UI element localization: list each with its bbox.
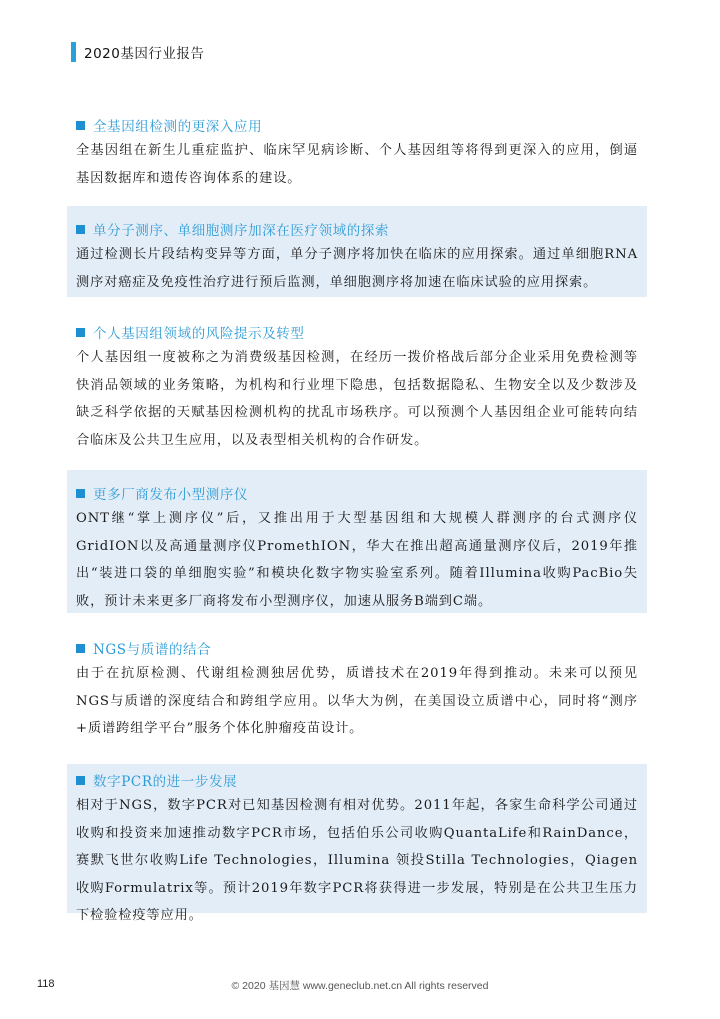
section-paragraph: ONT继“掌上测序仪”后，又推出用于大型基因组和大规模人群测序的台式测序仪Gri… <box>76 505 638 615</box>
copyright-notice: © 2020 基因慧 www.geneclub.net.cn All right… <box>0 978 720 993</box>
square-bullet-icon <box>76 121 85 130</box>
report-title: 2020基因行业报告 <box>84 42 204 62</box>
section-heading: 更多厂商发布小型测序仪 <box>76 483 638 503</box>
section-heading: 数字PCR的进一步发展 <box>76 770 638 790</box>
section-paragraph: 全基因组在新生儿重症监护、临床罕见病诊断、个人基因组等将得到更深入的应用，倒逼基… <box>76 137 638 192</box>
section-title: 全基因组检测的更深入应用 <box>93 115 262 135</box>
section-title: 单分子测序、单细胞测序加深在医疗领域的探索 <box>93 219 389 239</box>
section-paragraph: 相对于NGS，数字PCR对已知基因检测有相对优势。2011年起，各家生命科学公司… <box>76 792 638 930</box>
section-body: ONT继“掌上测序仪”后，又推出用于大型基因组和大规模人群测序的台式测序仪Gri… <box>76 505 638 615</box>
section-whole-genome: 全基因组检测的更深入应用 全基因组在新生儿重症监护、临床罕见病诊断、个人基因组等… <box>67 115 647 192</box>
section-body: 全基因组在新生儿重症监护、临床罕见病诊断、个人基因组等将得到更深入的应用，倒逼基… <box>76 137 638 192</box>
section-body: 由于在抗原检测、代谢组检测独居优势，质谱技术在2019年得到推动。未来可以预见N… <box>76 660 638 743</box>
section-title: 个人基因组领域的风险提示及转型 <box>93 322 305 342</box>
section-heading: 全基因组检测的更深入应用 <box>76 115 638 135</box>
section-title: 数字PCR的进一步发展 <box>93 770 237 790</box>
section-single-molecule: 单分子测序、单细胞测序加深在医疗领域的探索 通过检测长片段结构变异等方面，单分子… <box>67 206 647 297</box>
square-bullet-icon <box>76 489 85 498</box>
section-body: 通过检测长片段结构变异等方面，单分子测序将加快在临床的应用探索。通过单细胞RNA… <box>76 241 638 296</box>
section-small-sequencers: 更多厂商发布小型测序仪 ONT继“掌上测序仪”后，又推出用于大型基因组和大规模人… <box>67 470 647 613</box>
report-header: 2020基因行业报告 <box>71 42 204 62</box>
section-heading: 个人基因组领域的风险提示及转型 <box>76 322 638 342</box>
section-body: 个人基因组一度被称之为消费级基因检测，在经历一拨价格战后部分企业采用免费检测等快… <box>76 344 638 454</box>
section-digital-pcr: 数字PCR的进一步发展 相对于NGS，数字PCR对已知基因检测有相对优势。201… <box>67 764 647 913</box>
square-bullet-icon <box>76 328 85 337</box>
section-body: 相对于NGS，数字PCR对已知基因检测有相对优势。2011年起，各家生命科学公司… <box>76 792 638 930</box>
section-paragraph: 通过检测长片段结构变异等方面，单分子测序将加快在临床的应用探索。通过单细胞RNA… <box>76 241 638 296</box>
square-bullet-icon <box>76 225 85 234</box>
square-bullet-icon <box>76 644 85 653</box>
section-paragraph: 由于在抗原检测、代谢组检测独居优势，质谱技术在2019年得到推动。未来可以预见N… <box>76 660 638 743</box>
section-paragraph: 个人基因组一度被称之为消费级基因检测，在经历一拨价格战后部分企业采用免费检测等快… <box>76 344 638 454</box>
section-personal-genome: 个人基因组领域的风险提示及转型 个人基因组一度被称之为消费级基因检测，在经历一拨… <box>67 322 647 454</box>
section-ngs-mass-spec: NGS与质谱的结合 由于在抗原检测、代谢组检测独居优势，质谱技术在2019年得到… <box>67 638 647 743</box>
section-heading: NGS与质谱的结合 <box>76 638 638 658</box>
section-title: 更多厂商发布小型测序仪 <box>93 483 248 503</box>
section-title: NGS与质谱的结合 <box>93 638 211 658</box>
square-bullet-icon <box>76 776 85 785</box>
header-accent-bar <box>71 42 76 62</box>
section-heading: 单分子测序、单细胞测序加深在医疗领域的探索 <box>76 219 638 239</box>
